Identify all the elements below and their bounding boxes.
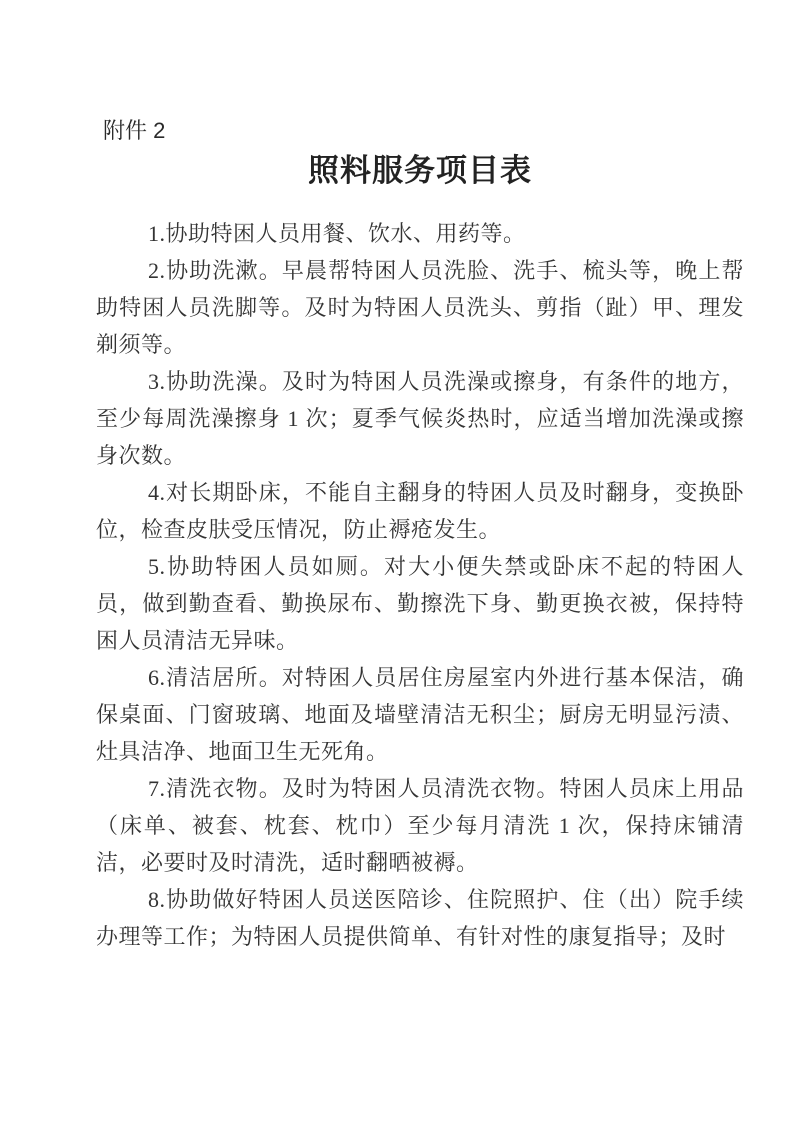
page-title: 照料服务项目表 xyxy=(96,150,744,192)
paragraph: 7.清洗衣物。及时为特困人员清洗衣物。特困人员床上用品（床单、被套、枕套、枕巾）… xyxy=(96,770,744,881)
paragraph: 6.清洁居所。对特困人员居住房屋室内外进行基本保洁，确保桌面、门窗玻璃、地面及墙… xyxy=(96,659,744,770)
paragraph: 4.对长期卧床，不能自主翻身的特困人员及时翻身，变换卧位，检查皮肤受压情况，防止… xyxy=(96,474,744,548)
paragraph: 3.协助洗澡。及时为特困人员洗澡或擦身，有条件的地方，至少每周洗澡擦身 1 次；… xyxy=(96,363,744,474)
paragraph: 1.协助特困人员用餐、饮水、用药等。 xyxy=(96,215,744,252)
paragraph: 5.协助特困人员如厕。对大小便失禁或卧床不起的特困人员，做到勤查看、勤换尿布、勤… xyxy=(96,548,744,659)
paragraph: 8.协助做好特困人员送医陪诊、住院照护、住（出）院手续办理等工作；为特困人员提供… xyxy=(96,881,744,955)
paragraph: 2.协助洗漱。早晨帮特困人员洗脸、洗手、梳头等，晚上帮助特困人员洗脚等。及时为特… xyxy=(96,252,744,363)
attachment-label: 附件 2 xyxy=(103,117,165,144)
document-page: 附件 2 照料服务项目表 1.协助特困人员用餐、饮水、用药等。2.协助洗漱。早晨… xyxy=(0,0,793,1122)
document-body: 1.协助特困人员用餐、饮水、用药等。2.协助洗漱。早晨帮特困人员洗脸、洗手、梳头… xyxy=(96,215,744,955)
